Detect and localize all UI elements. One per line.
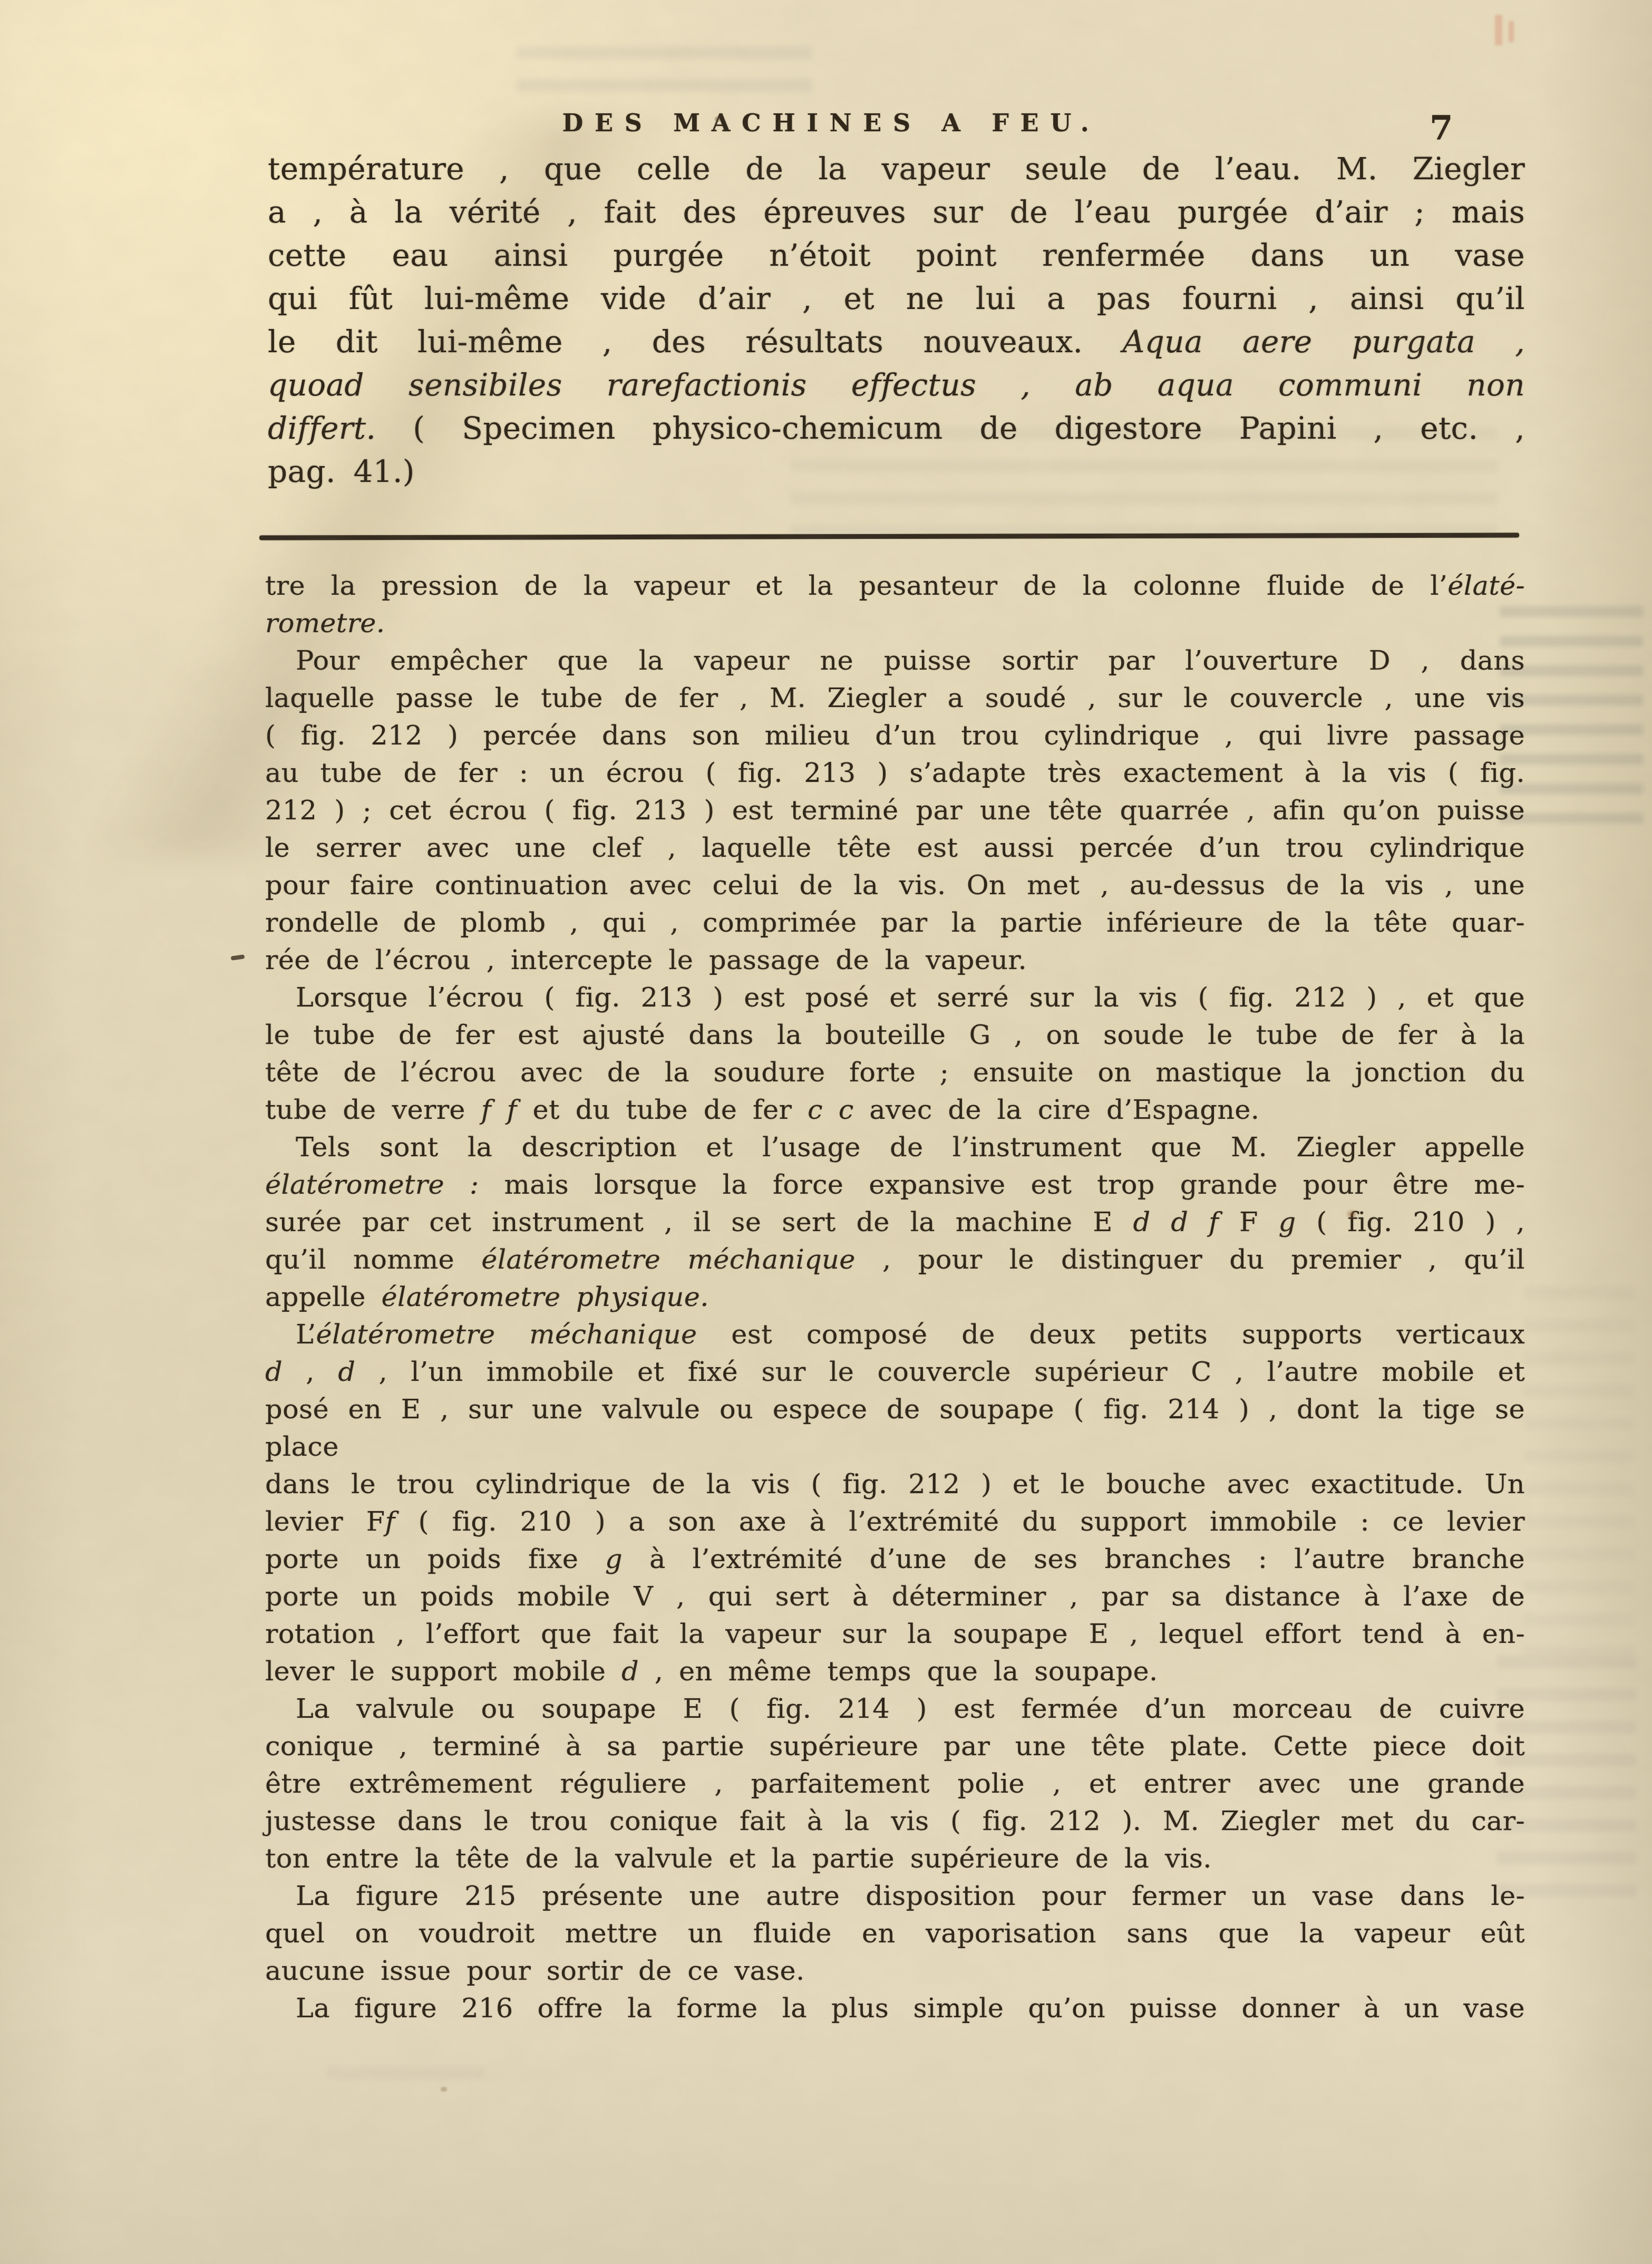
text-line: dans le trou cylindrique de la vis ( fig… bbox=[265, 1466, 1525, 1503]
text-line: L’élatérometre méchanique est composé de… bbox=[265, 1316, 1525, 1353]
text-line: justesse dans le trou conique fait à la … bbox=[265, 1803, 1525, 1840]
text-line: le tube de fer est ajusté dans la boutei… bbox=[265, 1017, 1525, 1054]
text-line: lever le support mobile d , en même temp… bbox=[265, 1653, 1525, 1690]
text-line: a , à la vérité , fait des épreuves sur … bbox=[268, 190, 1525, 234]
text-line: conique , terminé à sa partie supérieure… bbox=[265, 1728, 1525, 1765]
text-line: pour faire continuation avec celui de la… bbox=[265, 867, 1525, 904]
page-number: 7 bbox=[1430, 109, 1453, 148]
ink-speck bbox=[1347, 1211, 1356, 1218]
text-line: ( fig. 212 ) percée dans son milieu d’un… bbox=[265, 717, 1525, 754]
red-edge-mark bbox=[1495, 15, 1502, 45]
text-line: rée de l’écrou , intercepte le passage d… bbox=[265, 942, 1525, 979]
text-line: qui fût lui-même vide d’air , et ne lui … bbox=[268, 277, 1525, 320]
text-line: élatérometre : mais lorsque la force exp… bbox=[265, 1166, 1525, 1204]
text-line: rondelle de plomb , qui , comprimée par … bbox=[265, 904, 1525, 942]
text-line: Lorsque l’écrou ( fig. 213 ) est posé et… bbox=[265, 979, 1525, 1017]
running-header: DES MACHINES A FEU. bbox=[266, 109, 1521, 137]
text-line: cette eau ainsi purgée n’étoit point ren… bbox=[268, 234, 1525, 277]
text-line: La valvule ou soupape E ( fig. 214 ) est… bbox=[265, 1690, 1525, 1728]
book-page: DES MACHINES A FEU. 7 température , que … bbox=[0, 0, 1652, 2264]
page-title: DES MACHINES A FEU. bbox=[562, 109, 1101, 137]
text-line: température , que celle de la vapeur seu… bbox=[268, 147, 1525, 190]
text-line: tre la pression de la vapeur et la pesan… bbox=[265, 567, 1525, 605]
text-line: rometre. bbox=[265, 605, 1525, 642]
text-line: Pour empêcher que la vapeur ne puisse so… bbox=[265, 642, 1525, 680]
text-line: 212 ) ; cet écrou ( fig. 213 ) est termi… bbox=[265, 792, 1525, 829]
text-line: au tube de fer : un écrou ( fig. 213 ) s… bbox=[265, 754, 1525, 792]
ink-speck bbox=[715, 117, 720, 122]
text-line: rotation , l’effort que fait la vapeur s… bbox=[265, 1615, 1525, 1653]
bleedthrough-ghost bbox=[327, 2067, 485, 2096]
text-line: Tels sont la description et l’usage de l… bbox=[265, 1129, 1525, 1166]
text-line: quel on voudroit mettre un fluide en vap… bbox=[265, 1915, 1525, 1952]
text-line: le dit lui-même , des résultats nouveaux… bbox=[268, 320, 1525, 363]
text-line: le serrer avec une clef , laquelle tête … bbox=[265, 829, 1525, 867]
text-line: levier Ff ( fig. 210 ) a son axe à l’ext… bbox=[265, 1503, 1525, 1541]
text-line: posé en E , sur une valvule ou espece de… bbox=[265, 1391, 1525, 1466]
text-line: La figure 216 offre la forme la plus sim… bbox=[265, 1990, 1525, 2027]
text-line: pag. 41.) bbox=[268, 450, 1525, 493]
text-line: laquelle passe le tube de fer , M. Ziegl… bbox=[265, 680, 1525, 717]
text-line: qu’il nomme élatérometre méchanique , po… bbox=[265, 1241, 1525, 1279]
body-text: tre la pression de la vapeur et la pesan… bbox=[265, 567, 1525, 2027]
text-line: La figure 215 présente une autre disposi… bbox=[265, 1878, 1525, 1915]
text-line: appelle élatérometre physique. bbox=[265, 1279, 1525, 1316]
text-line: porte un poids fixe g à l’extrémité d’un… bbox=[265, 1541, 1525, 1578]
bleedthrough-ghost bbox=[517, 46, 812, 99]
bleedthrough-ghost bbox=[1523, 1286, 1634, 1656]
text-line: tête de l’écrou avec de la soudure forte… bbox=[265, 1054, 1525, 1091]
text-line: differt. ( Specimen physico-chemicum de … bbox=[268, 407, 1525, 450]
text-line: quoad sensibiles rarefactionis effectus … bbox=[268, 363, 1525, 407]
text-line: aucune issue pour sortir de ce vase. bbox=[265, 1952, 1525, 1990]
text-line: tube de verre f f et du tube de fer c c … bbox=[265, 1091, 1525, 1129]
margin-ink-dash bbox=[231, 954, 245, 961]
text-line: être extrêmement réguliere , parfaitemen… bbox=[265, 1765, 1525, 1803]
text-line: porte un poids mobile V , qui sert à dét… bbox=[265, 1578, 1525, 1615]
text-line: ton entre la tête de la valvule et la pa… bbox=[265, 1840, 1525, 1878]
red-edge-mark bbox=[1509, 21, 1514, 42]
text-line: d , d , l’un immobile et fixé sur le cou… bbox=[265, 1353, 1525, 1391]
intro-paragraph: température , que celle de la vapeur seu… bbox=[268, 147, 1525, 493]
ink-speck bbox=[441, 2087, 447, 2092]
text-line: surée par cet instrument , il se sert de… bbox=[265, 1204, 1525, 1241]
